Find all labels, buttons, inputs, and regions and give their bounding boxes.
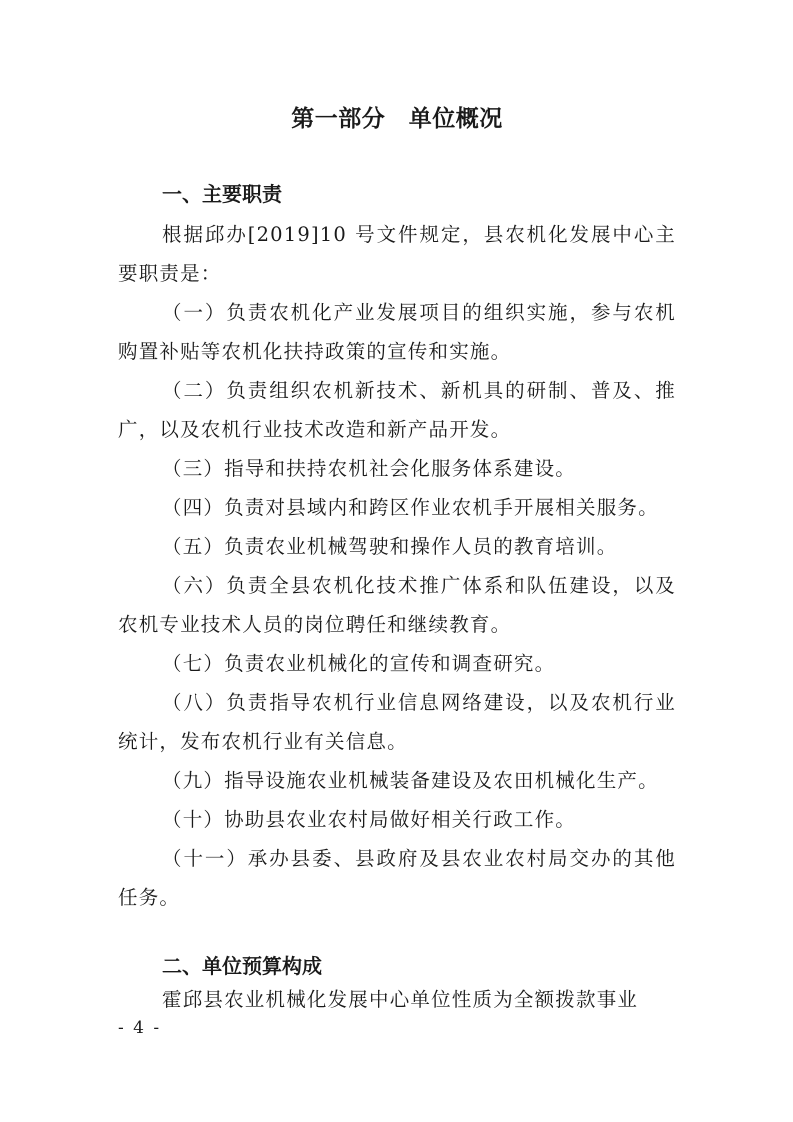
paragraph-duty-8: （八）负责指导农机行业信息网络建设，以及农机行业统计，发布农机行业有关信息。 bbox=[118, 683, 676, 761]
paragraph-duty-1: （一）负责农机化产业发展项目的组织实施，参与农机购置补贴等农机化扶持政策的宣传和… bbox=[118, 293, 676, 371]
paragraph-duty-2: （二）负责组织农机新技术、新机具的研制、普及、推广，以及农机行业技术改造和新产品… bbox=[118, 371, 676, 449]
paragraph-duty-3: （三）指导和扶持农机社会化服务体系建设。 bbox=[118, 449, 676, 488]
paragraph-duty-6: （六）负责全县农机化技术推广体系和队伍建设，以及农机专业技术人员的岗位聘任和继续… bbox=[118, 566, 676, 644]
paragraph-intro: 根据邱办[2019]10 号文件规定，县农机化发展中心主要职责是： bbox=[118, 215, 676, 293]
paragraph-duty-5: （五）负责农业机械驾驶和操作人员的教育培训。 bbox=[118, 527, 676, 566]
paragraph-duty-10: （十）协助县农业农村局做好相关行政工作。 bbox=[118, 800, 676, 839]
paragraph-duty-9: （九）指导设施农业机械装备建设及农田机械化生产。 bbox=[118, 761, 676, 800]
paragraph-duty-4: （四）负责对县域内和跨区作业农机手开展相关服务。 bbox=[118, 488, 676, 527]
section-heading-duties: 一、主要职责 bbox=[162, 178, 282, 207]
paragraph-duty-11: （十一）承办县委、县政府及县农业农村局交办的其他任务。 bbox=[118, 839, 676, 917]
paragraph-duty-7: （七）负责农业机械化的宣传和调查研究。 bbox=[118, 644, 676, 683]
page-title: 第一部分 单位概况 bbox=[118, 100, 676, 133]
section-heading-budget: 二、单位预算构成 bbox=[162, 950, 322, 979]
page-number: - 4 - bbox=[118, 1018, 161, 1038]
paragraph-budget: 霍邱县农业机械化发展中心单位性质为全额拨款事业 bbox=[118, 980, 676, 1019]
